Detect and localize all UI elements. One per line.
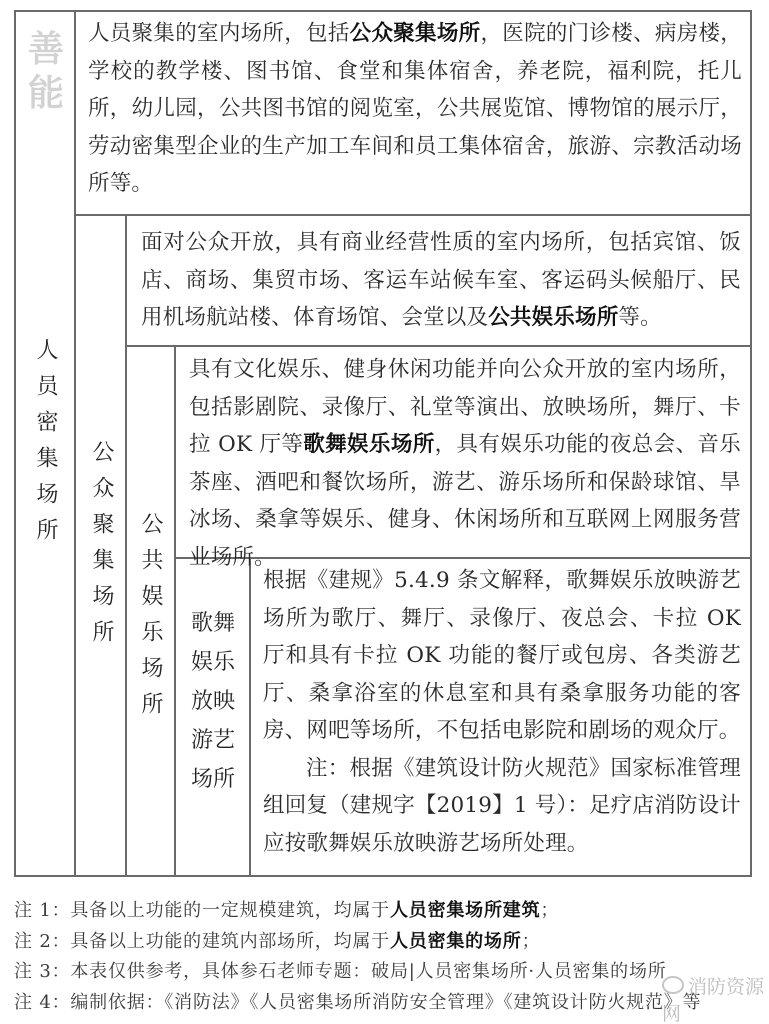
wechat-icon bbox=[662, 976, 684, 994]
label-public-gathering: 公众聚集场所 bbox=[84, 440, 118, 656]
note-2: 注 2：具备以上功能的建筑内部场所，均属于人员密集的场所； bbox=[14, 927, 764, 958]
table-divider bbox=[125, 345, 752, 347]
bold-term: 公共娱乐场所 bbox=[488, 305, 618, 330]
table-divider bbox=[74, 214, 752, 216]
row1-description: 人员聚集的室内场所，包括公众聚集场所，医院的门诊楼、病房楼，学校的教学楼、图书馆… bbox=[88, 15, 742, 203]
note-3: 注 3：本表仅供参考，具体参石老师专题：破局|人员密集场所·人员密集的场所 bbox=[14, 957, 764, 988]
table-divider bbox=[74, 10, 76, 877]
label-crowded-places: 人员密集场所 bbox=[28, 338, 62, 554]
row3-description: 具有文化娱乐、健身休闲功能并向公众开放的室内场所，包括影剧院、录像厅、礼堂等演出… bbox=[189, 351, 741, 576]
wechat-watermark: 消防资源网 bbox=[662, 972, 769, 1024]
table-divider bbox=[174, 345, 176, 877]
label-song-dance-venues: 歌舞娱乐放映游艺场所 bbox=[184, 604, 242, 799]
label-public-entertainment: 公共娱乐场所 bbox=[133, 512, 167, 728]
bold-term: 人员密集的场所 bbox=[390, 931, 522, 952]
text: ，医院的门诊楼、病房楼，学校的教学楼、图书馆、食堂和集体宿舍，养老院，福利院，托… bbox=[88, 21, 742, 196]
note-4: 注 4：编制依据：《消防法》《人员密集场所消防安全管理》《建筑设计防火规范》等 bbox=[14, 988, 764, 1019]
text: ； bbox=[522, 931, 541, 952]
note-1: 注 1：具备以上功能的一定规模建筑，均属于人员密集场所建筑； bbox=[14, 896, 764, 927]
row2-description: 面对公众开放，具有商业经营性质的室内场所，包括宾馆、饭店、商场、集贸市场、客运车… bbox=[141, 224, 741, 337]
text: 注 2：具备以上功能的建筑内部场所，均属于 bbox=[14, 931, 390, 952]
row4-description: 根据《建规》5.4.9 条文解释，歌舞娱乐放映游艺场所为歌厅、舞厅、录像厅、夜总… bbox=[263, 562, 741, 862]
text: 根据《建规》5.4.9 条文解释，歌舞娱乐放映游艺场所为歌厅、舞厅、录像厅、夜总… bbox=[263, 562, 741, 750]
text: 等。 bbox=[618, 305, 661, 330]
text: ； bbox=[540, 900, 559, 921]
text: 注 4：编制依据：《消防法》《人员密集场所消防安全管理》《建筑设计防火规范》等 bbox=[14, 992, 701, 1013]
footnotes: 注 1：具备以上功能的一定规模建筑，均属于人员密集场所建筑； 注 2：具备以上功… bbox=[14, 896, 764, 1018]
text: 注 1：具备以上功能的一定规模建筑，均属于 bbox=[14, 900, 390, 921]
table-divider bbox=[249, 557, 251, 877]
row4-note: 注：根据《建筑设计防火规范》国家标准管理组回复（建规字【2019】1 号）：足疗… bbox=[263, 750, 741, 863]
text: 人员聚集的室内场所，包括 bbox=[88, 21, 350, 46]
bold-term: 歌舞娱乐场所 bbox=[303, 432, 434, 457]
text: 注 3：本表仅供参考，具体参石老师专题：破局|人员密集场所·人员密集的场所 bbox=[14, 961, 667, 982]
table-divider bbox=[125, 214, 127, 877]
bold-term: 公众聚集场所 bbox=[350, 21, 481, 46]
bold-term: 人员密集场所建筑 bbox=[390, 900, 540, 921]
watermark-logo: 善能 bbox=[26, 28, 66, 116]
